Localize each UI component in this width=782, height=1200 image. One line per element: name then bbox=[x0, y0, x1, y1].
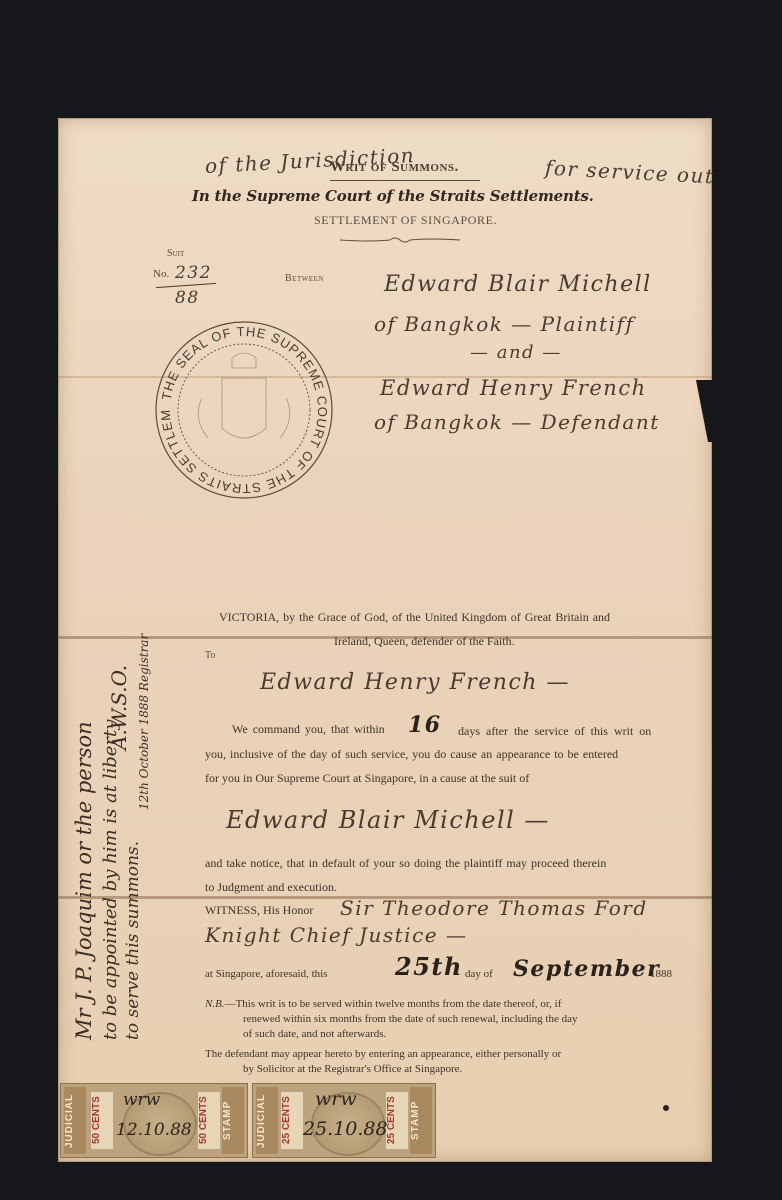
notice-line-1: and take notice, that in default of your… bbox=[205, 856, 606, 871]
judge-name: Sir Theodore Thomas Ford bbox=[340, 896, 648, 920]
margin-signature: A.W.S.O. bbox=[107, 634, 131, 750]
judicial-stamp-50-cents: JUDICIAL 50 CENTS 50 CENTS STAMP wrw 12.… bbox=[60, 1083, 248, 1158]
document-title: Writ of Summons. bbox=[330, 159, 459, 176]
stamp-label-judicial: JUDICIAL bbox=[256, 1087, 278, 1154]
and-separator: — and — bbox=[470, 342, 562, 363]
stamp-cancel-date: 25.10.88 bbox=[303, 1118, 388, 1140]
suing-party-name: Edward Blair Michell — bbox=[226, 806, 550, 834]
plaintiff-name: Edward Blair Michell bbox=[384, 272, 652, 297]
addressee-name: Edward Henry French — bbox=[260, 670, 570, 695]
margin-date: 12th October 1888 Registrar bbox=[137, 634, 151, 810]
defendant-note-line-2: by Solicitor at the Registrar's Office a… bbox=[205, 1062, 710, 1077]
margin-note: Mr J. P. Joaquim or the person to be app… bbox=[72, 634, 151, 1040]
defendant-note: The defendant may appear hereto by enter… bbox=[205, 1047, 710, 1077]
flourish-divider bbox=[340, 235, 460, 245]
stamp-cancel-initials: wrw bbox=[123, 1090, 160, 1110]
judicial-stamp-25-cents: JUDICIAL 25 CENTS 25 CENTS STAMP wrw 25.… bbox=[252, 1083, 436, 1158]
days-count: 16 bbox=[408, 712, 442, 738]
stamp-label-stamp: STAMP bbox=[410, 1087, 432, 1154]
preamble-line-1: VICTORIA, by the Grace of God, of the Un… bbox=[219, 610, 610, 625]
stamp-label-stamp: STAMP bbox=[222, 1087, 244, 1154]
dated-year: 1888 bbox=[650, 968, 672, 980]
defendant-line: of Bangkok — Defendant bbox=[374, 410, 660, 434]
nb-label: N.B. bbox=[205, 998, 225, 1010]
nb-line-1: —This writ is to be served within twelve… bbox=[225, 998, 562, 1010]
dated-month: September bbox=[513, 956, 660, 982]
stamp-value: 50 CENTS bbox=[91, 1092, 113, 1149]
nb-line-3: of such date, and not afterwards. bbox=[205, 1027, 705, 1042]
defendant-name: Edward Henry French bbox=[380, 376, 647, 400]
stamp-value: 25 CENTS bbox=[386, 1092, 408, 1149]
preamble-line-2: Ireland, Queen, defender of the Faith. bbox=[334, 634, 515, 649]
suit-no-label: No. bbox=[153, 268, 169, 280]
court-name: In the Supreme Court of the Straits Sett… bbox=[192, 187, 594, 205]
plaintiff-line: of Bangkok — Plaintiff bbox=[374, 312, 634, 336]
stamp-value: 25 CENTS bbox=[281, 1092, 303, 1149]
command-line-3: for you in Our Supreme Court at Singapor… bbox=[205, 771, 529, 786]
stamp-cancel-date: 12.10.88 bbox=[116, 1120, 192, 1140]
dated-prefix: at Singapore, aforesaid, this bbox=[205, 968, 328, 980]
defendant-note-line-1: The defendant may appear hereto by enter… bbox=[205, 1048, 561, 1060]
suit-number: 232 bbox=[175, 263, 212, 283]
stamp-label-judicial: JUDICIAL bbox=[64, 1087, 86, 1154]
command-text-1: We command you, that within bbox=[232, 722, 385, 737]
dated-day-of: day of bbox=[465, 968, 493, 980]
judge-title: Knight Chief Justice — bbox=[205, 923, 467, 947]
ink-spot bbox=[663, 1105, 669, 1111]
settlement-name: SETTLEMENT OF SINGAPORE. bbox=[314, 213, 497, 228]
notice-line-2: to Judgment and execution. bbox=[205, 880, 337, 895]
title-underline bbox=[330, 180, 480, 181]
nb-note: N.B.—This writ is to be served within tw… bbox=[205, 997, 705, 1042]
suit-label: Suit bbox=[167, 248, 184, 259]
dated-day: 25th bbox=[395, 952, 463, 981]
margin-line-1: Mr J. P. Joaquim or the person bbox=[72, 634, 96, 1040]
suit-year: 88 bbox=[175, 288, 200, 308]
to-label: To bbox=[205, 650, 215, 661]
between-label: Between bbox=[285, 273, 324, 284]
command-text-2: days after the service of this writ on bbox=[458, 724, 651, 739]
court-seal-icon: THE SEAL OF THE SUPREME COURT OF THE STR… bbox=[152, 318, 336, 502]
nb-line-2: renewed within six months from the date … bbox=[205, 1012, 705, 1027]
witness-label: WITNESS, His Honor bbox=[205, 903, 313, 918]
stamp-value: 50 CENTS bbox=[198, 1092, 220, 1149]
stamp-cancel-initials: wrw bbox=[315, 1088, 357, 1110]
command-line-2: you, inclusive of the day of such servic… bbox=[205, 747, 618, 762]
